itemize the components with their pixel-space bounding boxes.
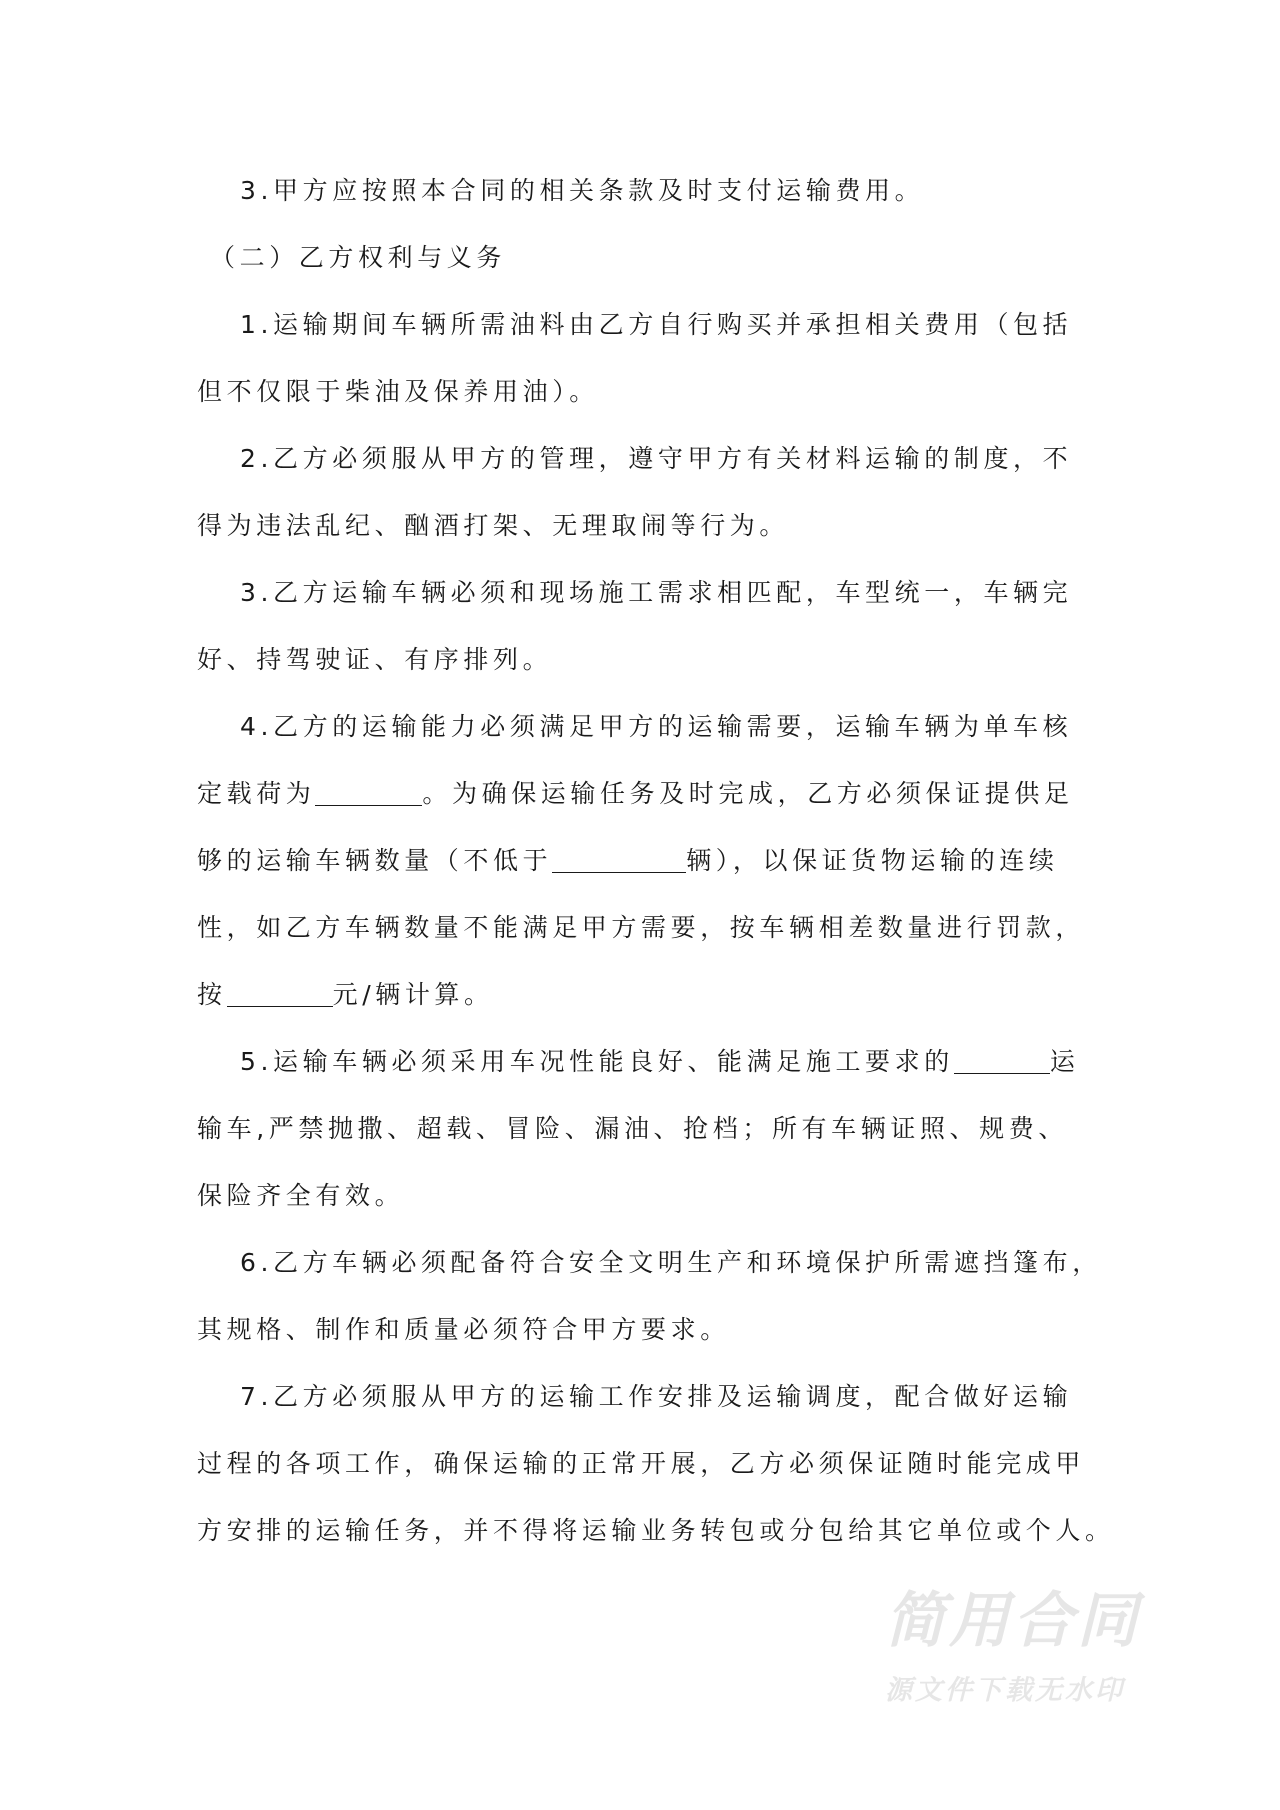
- clause-b4-line1: 4.乙方的运输能力必须满足甲方的运输需要，运输车辆为单车核: [197, 693, 1097, 760]
- clause-b7-line2: 过程的各项工作，确保运输的正常开展，乙方必须保证随时能完成甲: [197, 1430, 1097, 1497]
- clause-b4-text: 按: [197, 980, 227, 1009]
- clause-b5-text: 运: [1050, 1047, 1080, 1076]
- clause-b4-text: 辆），以保证货物运输的连续: [686, 846, 1058, 875]
- clause-b1-line1: 1.运输期间车辆所需油料由乙方自行购买并承担相关费用（包括: [197, 291, 1097, 358]
- clause-b2-line1: 2.乙方必须服从甲方的管理，遵守甲方有关材料运输的制度，不: [197, 425, 1097, 492]
- watermark: 简用合同 源文件下载无水印: [885, 1588, 1185, 1708]
- clause-b3-line1: 3.乙方运输车辆必须和现场施工需求相匹配，车型统一，车辆完: [197, 559, 1097, 626]
- section-heading-party-b-rights: （二）乙方权利与义务: [197, 224, 1097, 291]
- clause-b3-line2: 好、持驾驶证、有序排列。: [197, 626, 1097, 693]
- clause-b5-line1: 5.运输车辆必须采用车况性能良好、能满足施工要求的运: [197, 1028, 1097, 1095]
- clause-b4-line4: 性，如乙方车辆数量不能满足甲方需要，按车辆相差数量进行罚款，: [197, 894, 1097, 961]
- clause-b4-line5: 按元/辆计算。: [197, 961, 1097, 1028]
- clause-b4-text: 定载荷为: [197, 779, 315, 808]
- clause-b1-line2: 但不仅限于柴油及保养用油）。: [197, 358, 1097, 425]
- clause-b5-line2: 输车,严禁抛撒、超载、冒险、漏油、抢档；所有车辆证照、规费、: [197, 1095, 1097, 1162]
- clause-b7-line1: 7.乙方必须服从甲方的运输工作安排及运输调度，配合做好运输: [197, 1363, 1097, 1430]
- clause-b6-line2: 其规格、制作和质量必须符合甲方要求。: [197, 1296, 1097, 1363]
- clause-b4-text: 。为确保运输任务及时完成，乙方必须保证提供足: [422, 779, 1073, 808]
- clause-b2-line2: 得为违法乱纪、酗酒打架、无理取闹等行为。: [197, 492, 1097, 559]
- clause-b4-line3: 够的运输车辆数量（不低于辆），以保证货物运输的连续: [197, 827, 1097, 894]
- min-vehicle-count-blank[interactable]: [552, 844, 686, 873]
- clause-b5-line3: 保险齐全有效。: [197, 1162, 1097, 1229]
- clause-b4-line2: 定载荷为。为确保运输任务及时完成，乙方必须保证提供足: [197, 760, 1097, 827]
- watermark-subtitle: 源文件下载无水印: [885, 1674, 1185, 1708]
- clause-b5-text: 5.运输车辆必须采用车况性能良好、能满足施工要求的: [240, 1047, 954, 1076]
- vehicle-type-blank[interactable]: [954, 1045, 1050, 1074]
- clause-a3-payment: 3.甲方应按照本合同的相关条款及时支付运输费用。: [197, 157, 1097, 224]
- penalty-per-vehicle-blank[interactable]: [227, 978, 333, 1007]
- watermark-title: 简用合同: [885, 1588, 1185, 1654]
- document-page: 3.甲方应按照本合同的相关条款及时支付运输费用。 （二）乙方权利与义务 1.运输…: [0, 0, 1280, 1810]
- clause-b4-text: 够的运输车辆数量（不低于: [197, 846, 552, 875]
- clause-b4-text: 元/辆计算。: [333, 980, 494, 1009]
- clause-b7-line3: 方安排的运输任务，并不得将运输业务转包或分包给其它单位或个人。: [197, 1497, 1097, 1564]
- rated-load-blank[interactable]: [315, 777, 422, 806]
- clause-b6-line1: 6.乙方车辆必须配备符合安全文明生产和环境保护所需遮挡篷布，: [197, 1229, 1097, 1296]
- contract-body: 3.甲方应按照本合同的相关条款及时支付运输费用。 （二）乙方权利与义务 1.运输…: [197, 157, 1097, 1564]
